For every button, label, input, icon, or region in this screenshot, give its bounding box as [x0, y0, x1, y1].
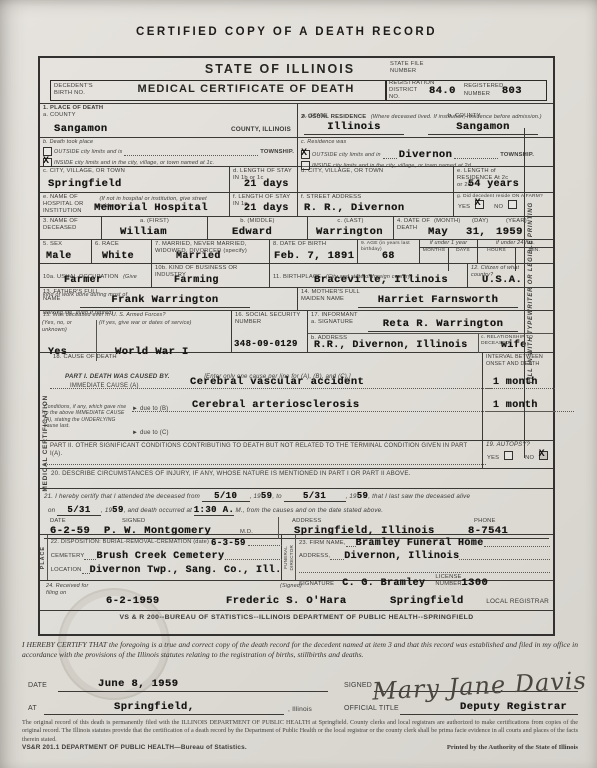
place-of-death-label: 1. PLACE OF DEATH — [43, 105, 294, 112]
row-occupation: 10a. USUAL OCCUPATION (Give kind of work… — [40, 264, 553, 288]
certify-date-value: June 8, 1959 — [98, 678, 178, 690]
pod-inside-label: INSIDE city limits and in the city, vill… — [54, 160, 214, 167]
filing-signature-value: Frederic S. O'Hara — [226, 595, 347, 607]
mother-cell: 14. MOTHER'S FULL MAIDEN NAME Harriet Fa… — [298, 288, 553, 310]
row-parents: 13. FATHER'S FULL NAME Frank Warrington … — [40, 288, 553, 311]
autopsy-yes-checkbox — [504, 451, 513, 460]
first-name-label: a. (FIRST) — [105, 218, 204, 225]
row-place-residence: 1. PLACE OF DEATH a. COUNTY Sangamon COU… — [40, 104, 553, 138]
father-value: Frank Warrington — [80, 289, 250, 308]
funeral-vertical-label-1: FUNERAL — [283, 546, 289, 569]
place-of-death-cell: 1. PLACE OF DEATH a. COUNTY Sangamon COU… — [40, 104, 298, 137]
injury-cell: 20. DESCRIBE CIRCUMSTANCES OF INJURY, IF… — [40, 469, 553, 488]
attend-to-label: , to — [272, 493, 281, 500]
form-footer-text: VS & R 200--BUREAU OF STATISTICS--ILLINO… — [40, 611, 553, 622]
row-disposition-funeral: PLACE 22. DISPOSITION: BURIAL-REMOVAL-CR… — [40, 535, 553, 581]
medical-certification-strip: MEDICAL CERTIFICATION — [40, 354, 51, 532]
cause-a-line: Cerebral vascular accident — [50, 378, 492, 389]
mother-value: Harriet Farnsworth — [358, 289, 518, 308]
pod-county-label: a. COUNTY — [43, 112, 294, 119]
certify-signed-label: SIGNED — [344, 682, 372, 691]
death-took-place-cell: b. Death took place OUTSIDE city limits … — [40, 138, 298, 166]
conditions-note: Conditions, if any, which gave rise to t… — [44, 404, 128, 429]
row-city-stay: c. CITY, VILLAGE, OR TOWN Springfield d.… — [40, 167, 553, 193]
filing-label: 24. Received for filing on — [46, 583, 90, 597]
dob-value: Feb. 7, 1891 — [274, 250, 354, 262]
pod-county-suffix: COUNTY, ILLINOIS — [231, 126, 291, 134]
registration-box: REGISTRATION DISTRICT NO. 84.0 REGISTERE… — [386, 80, 547, 101]
marital-value: Married — [176, 251, 221, 262]
last-name-label: c. (LAST) — [311, 218, 390, 225]
interval-b-line: 1 month — [485, 401, 555, 412]
hospital-label: e. NAME OF HOSPITAL OR INSTITUTION — [43, 194, 95, 216]
dod-day-value: 31, — [466, 226, 486, 238]
location-label: LOCATION — [51, 567, 82, 574]
disposition-date: 6-3-59 — [211, 538, 246, 548]
certify-at-value: Springfield, — [114, 701, 194, 713]
res-state-value: Illinois — [304, 116, 404, 135]
middle-name-value: Edward — [232, 226, 272, 238]
attend-on-value: 5/31 — [67, 505, 90, 515]
industry-cell: 10b. KIND OF BUSINESS OR INDUSTRY Farmin… — [152, 264, 270, 287]
row-service-informant: 15. Was deceased ever in U. S. Armed For… — [40, 311, 553, 353]
street-address-cell: f. STREET ADDRESS R. R., Divernon — [298, 193, 454, 216]
interval-c-cell — [482, 427, 553, 440]
informant-signature-label: a. SIGNATURE — [311, 319, 353, 326]
autopsy-yes-label: YES — [487, 455, 499, 461]
certify-at-line: Springfield, — [44, 714, 284, 715]
res-length-value: 54 years — [468, 179, 519, 190]
bottom-footer: VS&R 201.1 DEPARTMENT OF PUBLIC HEALTH—B… — [22, 744, 578, 752]
dob-cell: 8. DATE OF BIRTH Feb. 7, 1891 — [270, 240, 358, 263]
interval-b-cell: 1 month — [482, 404, 553, 427]
certificate-title: MEDICAL CERTIFICATE OF DEATH — [111, 83, 381, 95]
footer-left: VS&R 201.1 DEPARTMENT OF PUBLIC HEALTH—B… — [22, 744, 247, 752]
page-title: CERTIFIED COPY OF A DEATH RECORD — [0, 26, 585, 38]
under1-label: if under 1 year — [420, 240, 477, 247]
certificate-form: STATE OF ILLINOIS DECEDENT'S BIRTH NO. M… — [38, 56, 555, 636]
death-took-place-label: b. Death took place — [43, 139, 294, 146]
attend-line1a: 21. I hereby certify that I attended the… — [44, 493, 200, 500]
middle-name-cell: b. (MIDDLE) Edward — [208, 217, 308, 239]
certify-date-label: DATE — [28, 682, 47, 691]
certificate-title-box: DECEDENT'S BIRTH NO. MEDICAL CERTIFICATE… — [50, 80, 386, 101]
pod-county-value: Sangamon — [54, 123, 108, 135]
state-file-number-label: STATE FILE NUMBER — [390, 61, 432, 75]
firm-address-value: Divernon, Illinois — [344, 551, 459, 562]
hospital-cell: e. NAME OF HOSPITAL OR INSTITUTION (If n… — [40, 193, 230, 216]
firm-name-value: Bramley Funeral Home — [356, 538, 484, 549]
armed-forces-label: 15. Was deceased ever in U. S. Armed For… — [40, 311, 231, 320]
industry-value: Farming — [174, 275, 219, 286]
ssn-cell: 16. SOCIAL SECURITY NUMBER 348-09-0129 — [232, 311, 308, 352]
farm-yes-label: YES — [458, 204, 470, 210]
due-to-c-label: ► due to (C) — [132, 430, 169, 438]
local-registrar-label: LOCAL REGISTRAR — [486, 598, 549, 606]
attend-to-value: 5/31 — [303, 491, 326, 501]
attend-time-value: 1:30 A. — [194, 505, 235, 515]
filing-cell: 24. Received for filing on (Signed) 6-2-… — [40, 581, 553, 610]
row-cause-c: ► due to (C) — [40, 427, 553, 441]
first-name-value: William — [120, 226, 167, 238]
attend-line2a: , and death occurred at — [124, 507, 192, 514]
citizen-cell: 12. Citizen of what country? U.S.A. — [468, 264, 553, 287]
attending-cell: 21. I hereby certify that I attended the… — [40, 489, 553, 534]
citizen-value: U.S.A. — [482, 274, 522, 286]
last-name-cell: c. (LAST) Warrington — [308, 217, 394, 239]
stay2-value: 21 days — [244, 203, 289, 214]
attend-19b: , 19 — [346, 493, 357, 500]
res-city-cell: d. CITY, VILLAGE, OR TOWN — [298, 167, 454, 192]
typewriter-note: FILL IN WITH TYPEWRITER OR LEGIBLE PRINT… — [528, 202, 536, 383]
attend-19a: , 19 — [250, 493, 261, 500]
sex-label: 5. SEX — [43, 241, 88, 248]
filing-place-value: Springfield — [390, 595, 464, 607]
date-of-death-label: 4. DATE OF DEATH — [397, 218, 431, 232]
row-hospital-address: e. NAME OF HOSPITAL OR INSTITUTION (If n… — [40, 193, 553, 217]
name-of-deceased-label: 3. NAME OF DECEASED — [43, 218, 98, 232]
disposition-cell: PLACE 22. DISPOSITION: BURIAL-REMOVAL-CR… — [40, 535, 282, 580]
cause-of-death-label: 18. CAUSE OF DEATH — [53, 354, 479, 361]
reg-number-value: 803 — [502, 85, 522, 97]
birth-no-label: DECEDENT'S BIRTH NO. — [54, 83, 98, 97]
name-label-cell: 3. NAME OF DECEASED — [40, 217, 102, 239]
location-value: Divernon Twp., Sang. Co., Ill. — [90, 565, 282, 576]
row-demographics: 5. SEX Male 6. RACE White 7. MARRIED, NE… — [40, 240, 553, 264]
pod-city-label: c. CITY, VILLAGE, OR TOWN — [43, 168, 226, 175]
cemetery-label: CEMETERY — [51, 553, 85, 560]
certify-date-signed-row: DATE June 8, 1959 SIGNED Mary Jane Davis — [22, 672, 578, 694]
interval-a-line: 1 month — [485, 378, 555, 389]
certify-date-line: June 8, 1959 — [58, 691, 328, 692]
birthplace-cell: 11. BIRTHPLACE (City and state or foreig… — [270, 264, 468, 287]
informant-cell: 17. INFORMANT a. SIGNATURE Reta R. Warri… — [308, 311, 553, 352]
funeral-director-cell: FUNERAL DIRECTOR 23. FIRM NAME, Bramley … — [282, 535, 553, 580]
attend-y2: 59 — [357, 491, 369, 501]
firm-name-label: 23. FIRM NAME, — [299, 540, 346, 547]
autopsy-no-checkbox: X — [539, 451, 548, 460]
race-value: White — [102, 251, 134, 262]
occupation-value: Farmer — [64, 275, 102, 286]
autopsy-cell: 19. AUTOPSY? YES NO X — [482, 441, 553, 468]
pod-stay-cell: d. LENGTH OF STAY IN 1b or 1c 21 days — [230, 167, 298, 192]
row-attending: 21. I hereby certify that I attended the… — [40, 489, 553, 535]
stay2-cell: f. LENGTH OF STAY IN 1e 21 days — [230, 193, 298, 216]
informant-address-value: R.R., Divernon, Illinois — [314, 340, 468, 351]
official-title-value: Deputy Registrar — [460, 701, 567, 713]
occupation-cell: 10a. USUAL OCCUPATION (Give kind of work… — [40, 264, 152, 287]
pod-township-label: TOWNSHIP. — [260, 149, 294, 156]
dod-year-value: 1959 — [496, 226, 523, 238]
pod-city-cell: c. CITY, VILLAGE, OR TOWN Springfield — [40, 167, 230, 192]
dod-month-value: May — [428, 226, 448, 238]
residence-was-cell: c. Residence was X OUTSIDE city limits a… — [298, 138, 553, 166]
farm-no-label: NO — [494, 204, 503, 210]
reg-district-value: 84.0 — [429, 85, 456, 97]
death-certificate-sheet: CERTIFIED COPY OF A DEATH RECORD STATE O… — [0, 0, 597, 768]
res-township-value: Divernon — [399, 149, 453, 161]
father-cell: 13. FATHER'S FULL NAME Frank Warrington — [40, 288, 298, 310]
pod-outside-checkbox — [43, 147, 52, 156]
typewriter-strip: FILL IN WITH TYPEWRITER OR LEGIBLE PRINT… — [524, 128, 539, 458]
pod-city-value: Springfield — [48, 178, 122, 190]
fine-print: The original record of this death is per… — [22, 719, 578, 744]
attend-line1b: , that I last saw the deceased alive — [368, 493, 470, 500]
marital-cell: 7. MARRIED, NEVER MARRIED, WIDOWED, DIVO… — [152, 240, 270, 263]
funeral-vertical-label-2: DIRECTOR — [289, 545, 295, 571]
res-city-label: d. CITY, VILLAGE, OR TOWN — [301, 168, 450, 175]
row-filing: 24. Received for filing on (Signed) 6-2-… — [40, 581, 553, 611]
res-outside-label: OUTSIDE city limits and in — [312, 152, 381, 159]
ssn-value: 348-09-0129 — [234, 339, 298, 349]
armed-forces-note2: (If yes, give war or dates of service) — [97, 320, 231, 327]
firm-address-label: ADDRESS, — [299, 553, 330, 560]
form-header: STATE OF ILLINOIS DECEDENT'S BIRTH NO. M… — [40, 58, 553, 104]
reg-number-label: REGISTERED NUMBER — [464, 83, 498, 97]
certify-paragraph: I HEREBY CERTIFY THAT the foregoing is a… — [22, 640, 578, 660]
age-value: 68 — [382, 251, 395, 262]
farm-yes-checkbox: X — [475, 200, 484, 209]
race-label: 6. RACE — [95, 241, 148, 248]
interval-label: INTERVAL BETWEEN ONSET AND DEATH — [486, 354, 550, 368]
dod-day-label: (DAY) — [472, 218, 488, 225]
reg-district-label: REGISTRATION DISTRICT NO. — [389, 80, 427, 102]
row-injury: 20. DESCRIBE CIRCUMSTANCES OF INJURY, IF… — [40, 469, 553, 489]
pod-outside-label: OUTSIDE city limits and is — [54, 149, 122, 156]
official-title-label: OFFICIAL TITLE — [344, 705, 399, 714]
birthplace-value: Braceville, Illinois — [314, 274, 448, 286]
footer-right: Printed by the Authority of the State of… — [447, 744, 578, 752]
part2-cell: PART II. OTHER SIGNIFICANT CONDITIONS CO… — [40, 441, 482, 468]
armed-forces-cell: 15. Was deceased ever in U. S. Armed For… — [40, 311, 232, 352]
armed-forces-note1: (Yes, no, or unknown) — [40, 320, 96, 334]
usual-residence-cell: 2. USUAL RESIDENCE (Where deceased lived… — [298, 104, 553, 137]
attend-19c: , 19 — [101, 507, 112, 514]
attend-from-value: 5/10 — [214, 491, 237, 501]
res-outside-checkbox: X — [301, 150, 310, 159]
sex-cell: 5. SEX Male — [40, 240, 92, 263]
attend-line2b: M., from the causes and on the date stat… — [235, 507, 383, 514]
cause-a-value: Cerebral vascular accident — [190, 376, 364, 388]
under-one-year-cell: if under 1 year MONTHS DAYS — [420, 240, 478, 263]
disposition-label: 22. DISPOSITION: BURIAL-REMOVAL-CREMATIO… — [51, 539, 209, 546]
row-cause-b: Conditions, if any, which gave rise to t… — [40, 404, 553, 427]
illinois-label: , Illinois — [288, 706, 312, 714]
hospital-value: Memorial Hospital — [94, 202, 208, 214]
race-cell: 6. RACE White — [92, 240, 152, 263]
row-form-footer: VS & R 200--BUREAU OF STATISTICS--ILLINO… — [40, 611, 553, 627]
part2-line — [44, 454, 486, 465]
attend-y3: 59 — [112, 505, 124, 515]
informant-signature-value: Reta R. Warrington — [368, 313, 518, 332]
street-address-label: f. STREET ADDRESS — [301, 194, 450, 201]
under-24hrs-cell: if under 24 hrs. HOURS MIN. — [478, 240, 553, 263]
dod-month-label: (MONTH) — [434, 218, 461, 225]
row-name-dod: 3. NAME OF DECEASED a. (FIRST) William b… — [40, 217, 553, 240]
street-address-value: R. R., Divernon — [304, 202, 405, 214]
cause-b-value: Cerebral arteriosclerosis — [192, 399, 360, 411]
residence-was-label: c. Residence was — [301, 139, 550, 146]
first-name-cell: a. (FIRST) William — [102, 217, 208, 239]
state-title: STATE OF ILLINOIS — [140, 62, 420, 76]
under24-label: if under 24 hrs. — [478, 240, 553, 247]
res-county-value: Sangamon — [428, 116, 538, 135]
official-title-line: Deputy Registrar — [400, 714, 578, 715]
age-cell: 9. AGE (in years last birthday) 68 — [358, 240, 420, 263]
row-city-limits: b. Death took place OUTSIDE city limits … — [40, 138, 553, 167]
filing-signed-label: (Signed) — [280, 583, 302, 590]
ssn-label: 16. SOCIAL SECURITY NUMBER — [235, 312, 304, 326]
sex-value: Male — [46, 251, 72, 262]
attend-y1: 59 — [261, 491, 273, 501]
certify-at-label: AT — [28, 705, 37, 714]
middle-name-label: b. (MIDDLE) — [211, 218, 304, 225]
injury-label: 20. DESCRIBE CIRCUMSTANCES OF INJURY, IF… — [51, 470, 550, 478]
place-vertical-label: PLACE — [40, 546, 47, 569]
filing-date-value: 6-2-1959 — [106, 595, 160, 607]
cause-b-cell: Conditions, if any, which gave rise to t… — [40, 404, 482, 427]
pod-inside-checkbox: X — [43, 158, 52, 167]
certify-at-title-row: AT Springfield, , Illinois OFFICIAL TITL… — [22, 697, 578, 717]
dob-label: 8. DATE OF BIRTH — [273, 241, 354, 248]
farm-no-checkbox — [508, 200, 517, 209]
relationship-value: wife — [501, 340, 527, 351]
row-part2-autopsy: PART II. OTHER SIGNIFICANT CONDITIONS CO… — [40, 441, 553, 469]
last-name-value: Warrington — [316, 226, 383, 238]
cemetery-value: Brush Creek Cemetery — [96, 551, 224, 562]
pod-stay-value: 21 days — [244, 179, 289, 190]
